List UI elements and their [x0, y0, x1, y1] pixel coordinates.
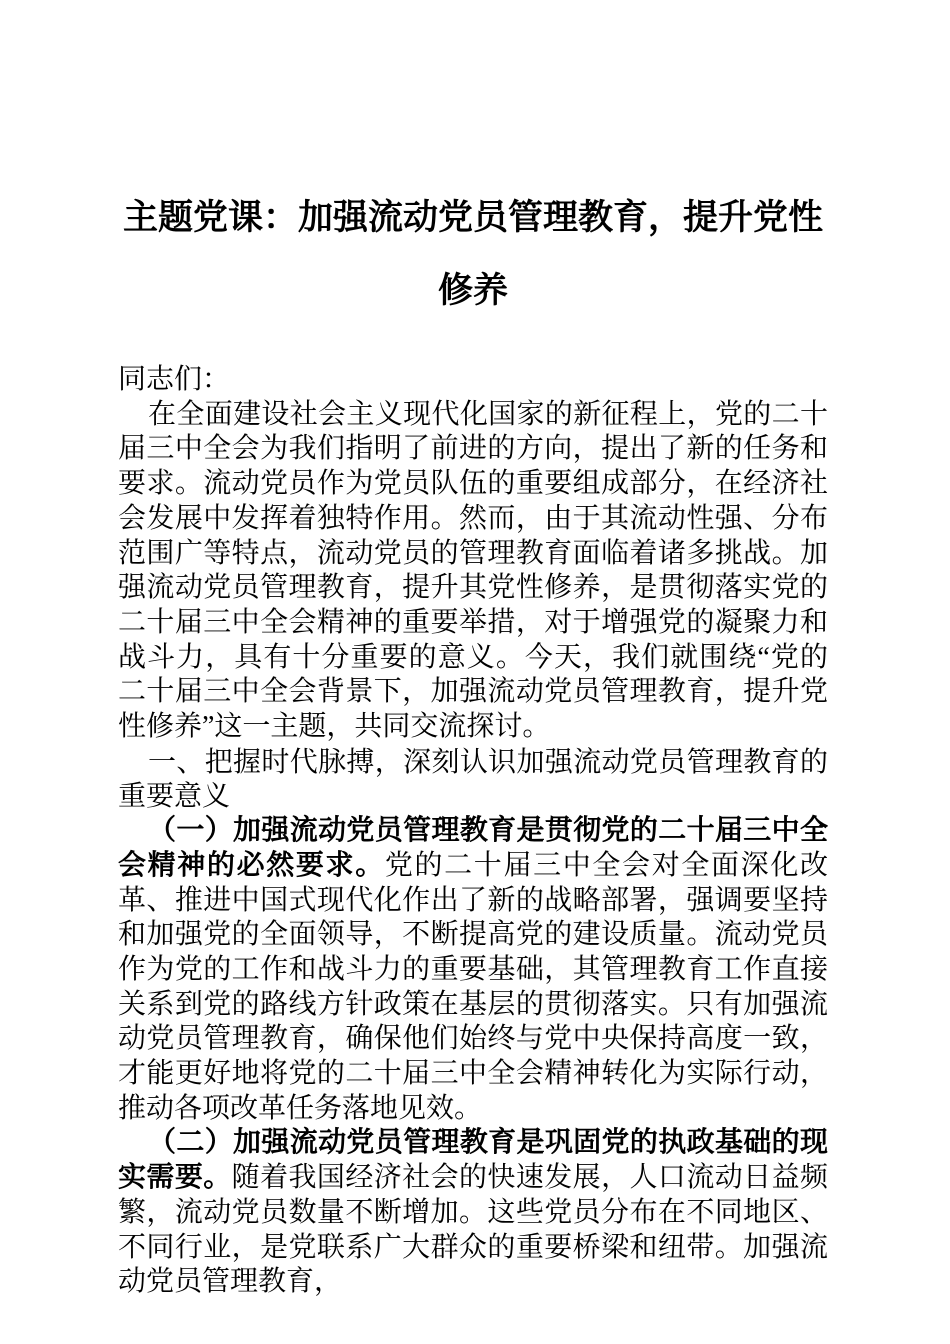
- document-body: 同志们： 在全面建设社会主义现代化国家的新征程上，党的二十届三中全会为我们指明了…: [118, 363, 828, 1300]
- section-heading: 一、把握时代脉搏，深刻认识加强流动党员管理教育的重要意义: [118, 745, 828, 814]
- paragraph: （一）加强流动党员管理教育是贯彻党的二十届三中全会精神的必然要求。党的二十届三中…: [118, 814, 828, 1126]
- paragraph: （二）加强流动党员管理教育是巩固党的执政基础的现实需要。随着我国经济社会的快速发…: [118, 1126, 828, 1300]
- document-title-line-1: 主题党课：加强流动党员管理教育，提升党性: [118, 181, 828, 254]
- document-page: 主题党课：加强流动党员管理教育，提升党性 修养 同志们： 在全面建设社会主义现代…: [0, 0, 950, 1344]
- document-title-line-2: 修养: [118, 254, 828, 327]
- salutation: 同志们：: [118, 363, 828, 398]
- document-title: 主题党课：加强流动党员管理教育，提升党性 修养: [118, 181, 828, 327]
- paragraph-text: 在全面建设社会主义现代化国家的新征程上，党的二十届三中全会为我们指明了前进的方向…: [118, 399, 828, 742]
- paragraph: 在全面建设社会主义现代化国家的新征程上，党的二十届三中全会为我们指明了前进的方向…: [118, 398, 828, 745]
- paragraph-text: 党的二十届三中全会对全面深化改革、推进中国式现代化作出了新的战略部署，强调要坚持…: [118, 850, 828, 1124]
- paragraph-text: 一、把握时代脉搏，深刻认识加强流动党员管理教育的重要意义: [118, 746, 828, 812]
